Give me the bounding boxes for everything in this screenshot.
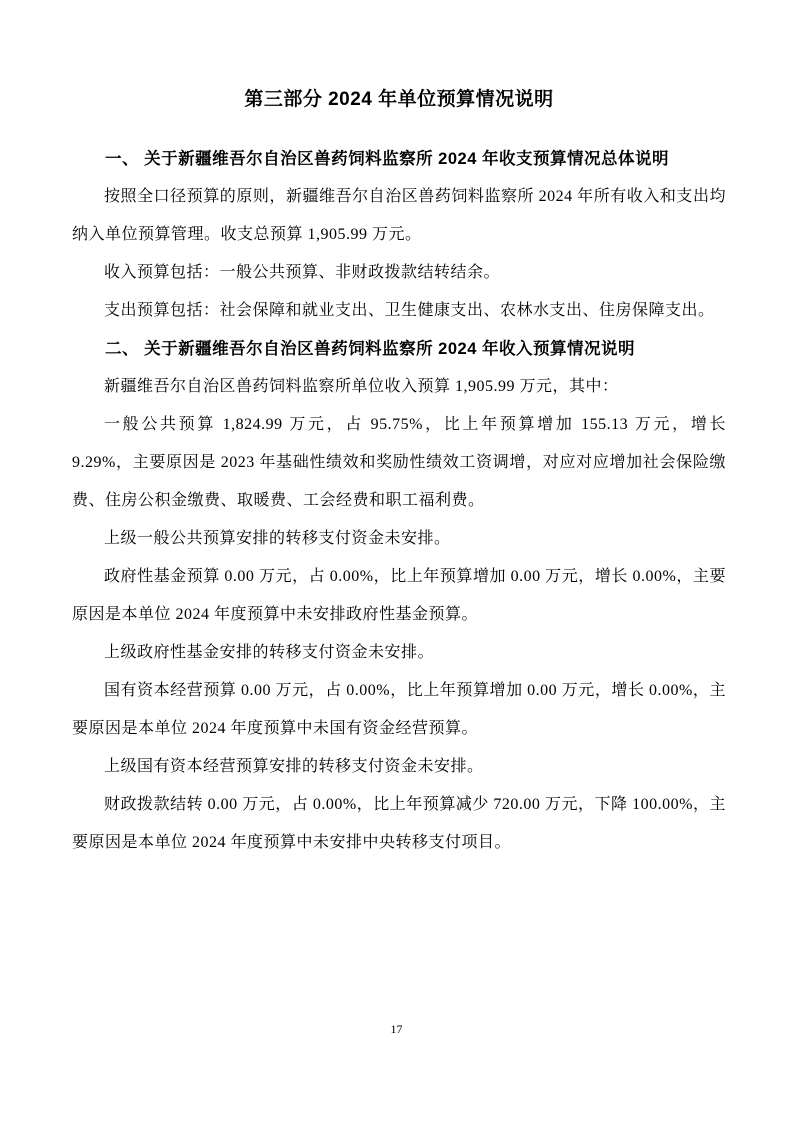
section-1-paragraph-1: 按照全口径预算的原则，新疆维吾尔自治区兽药饲料监察所 2024 年所有收入和支出… — [72, 178, 726, 254]
page-number: 17 — [0, 1022, 793, 1037]
section-1-paragraph-2: 收入预算包括：一般公共预算、非财政拨款结转结余。 — [72, 254, 726, 292]
document-page: 第三部分 2024 年单位预算情况说明 一、 关于新疆维吾尔自治区兽药饲料监察所… — [0, 0, 793, 1122]
section-2-paragraph-3: 上级一般公共预算安排的转移支付资金未安排。 — [72, 520, 726, 558]
section-2-paragraph-5: 上级政府性基金安排的转移支付资金未安排。 — [72, 634, 726, 672]
section-2-paragraph-8: 财政拨款结转 0.00 万元，占 0.00%，比上年预算减少 720.00 万元… — [72, 786, 726, 862]
section-2-heading: 二、 关于新疆维吾尔自治区兽药饲料监察所 2024 年收入预算情况说明 — [72, 330, 726, 368]
section-2-paragraph-4: 政府性基金预算 0.00 万元，占 0.00%，比上年预算增加 0.00 万元，… — [72, 558, 726, 634]
section-2-paragraph-6: 国有资本经营预算 0.00 万元，占 0.00%，比上年预算增加 0.00 万元… — [72, 672, 726, 748]
section-2-paragraph-2: 一般公共预算 1,824.99 万元，占 95.75%，比上年预算增加 155.… — [72, 406, 726, 520]
section-1-heading: 一、 关于新疆维吾尔自治区兽药饲料监察所 2024 年收支预算情况总体说明 — [72, 140, 726, 178]
section-2-paragraph-1: 新疆维吾尔自治区兽药饲料监察所单位收入预算 1,905.99 万元，其中： — [72, 368, 726, 406]
document-content: 第三部分 2024 年单位预算情况说明 一、 关于新疆维吾尔自治区兽药饲料监察所… — [72, 88, 726, 862]
section-1-paragraph-3: 支出预算包括：社会保障和就业支出、卫生健康支出、农林水支出、住房保障支出。 — [72, 292, 726, 330]
document-title: 第三部分 2024 年单位预算情况说明 — [72, 88, 726, 112]
section-2-paragraph-7: 上级国有资本经营预算安排的转移支付资金未安排。 — [72, 748, 726, 786]
